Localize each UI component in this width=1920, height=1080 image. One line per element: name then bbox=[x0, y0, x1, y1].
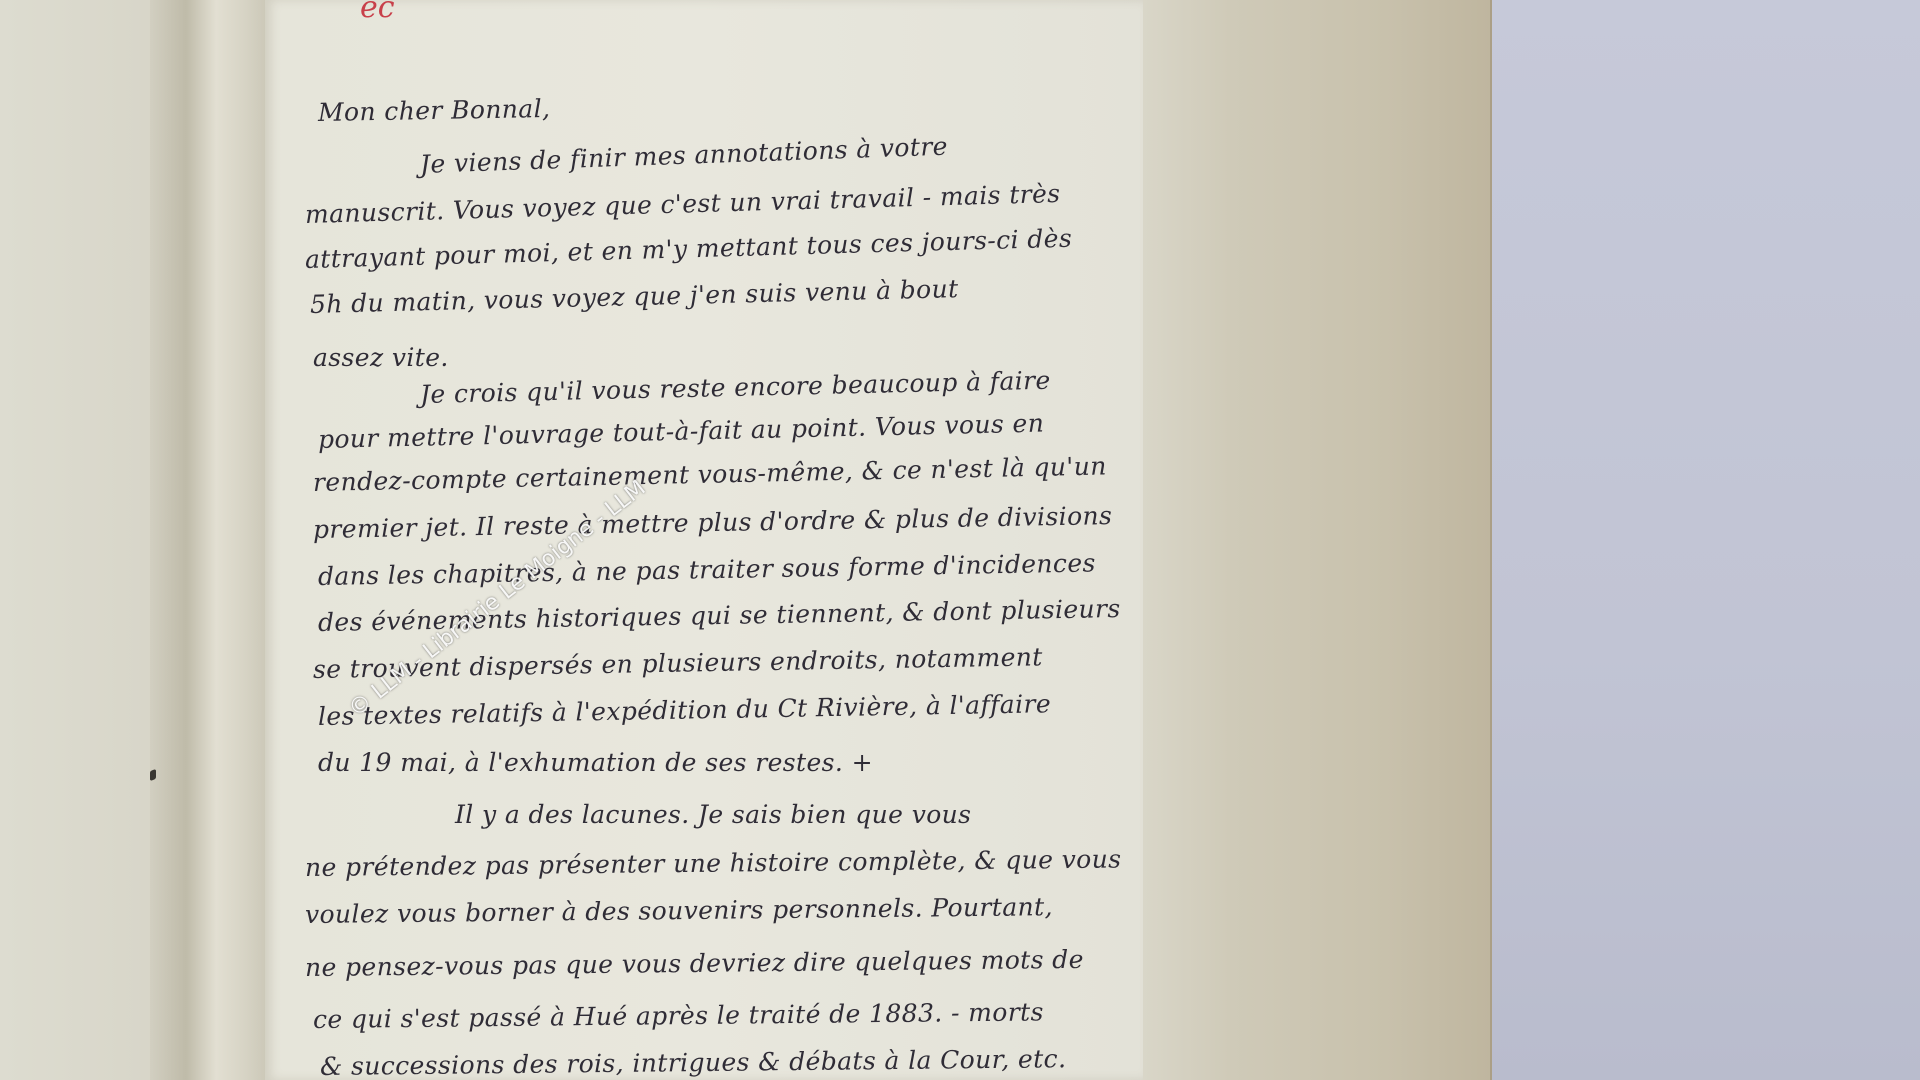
book-gutter-fold bbox=[150, 0, 270, 1080]
aged-paper-strip bbox=[1143, 0, 1492, 1080]
letter-line: assez vite. bbox=[313, 343, 449, 372]
letter-salutation: Mon cher Bonnal, bbox=[318, 94, 551, 127]
letter-line: du 19 mai, à l'exhumation de ses restes.… bbox=[318, 748, 873, 777]
background-surface bbox=[1488, 0, 1920, 1080]
letter-line: Il y a des lacunes. Je sais bien que vou… bbox=[455, 800, 971, 829]
red-annotation-mark: ec bbox=[360, 0, 395, 25]
